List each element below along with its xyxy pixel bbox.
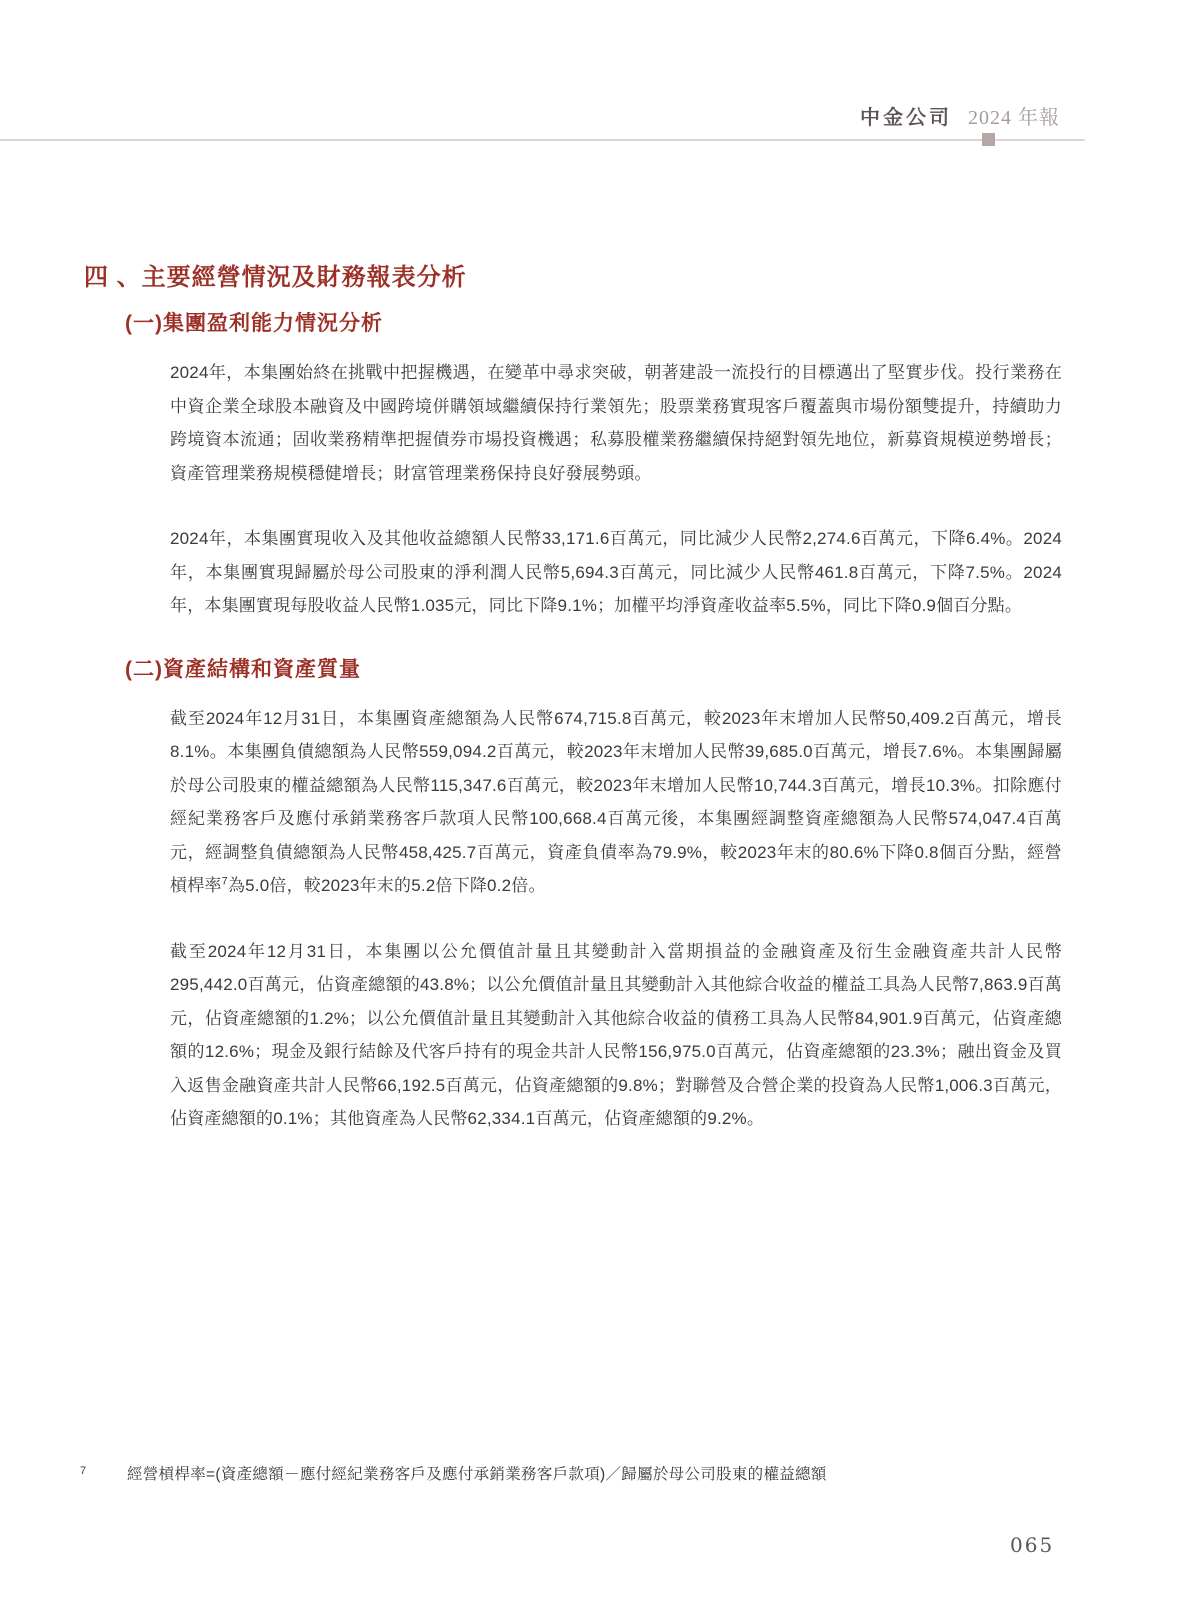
company-name: 中金公司 [860,107,952,129]
footnote: 7 經營槓桿率=(資產總額－應付經紀業務客戶及應付承銷業務客戶款項)／歸屬於母公… [80,1463,1090,1487]
section-2-paragraph-2: 截至2024年12月31日，本集團以公允價值計量且其變動計入當期損益的金融資產及… [170,935,1062,1136]
footnote-text: 經營槓桿率=(資產總額－應付經紀業務客戶及應付承銷業務客戶款項)／歸屬於母公司股… [127,1463,827,1487]
paragraph-text: 為5.0倍，較2023年末的5.2倍下降0.2倍。 [228,876,546,895]
section-2-heading: (二)資產結構和資產質量 [125,655,1066,685]
section-1-heading: (一)集團盈利能力情況分析 [125,309,1066,339]
section-1-paragraph-1: 2024年，本集團始終在挑戰中把握機遇，在變革中尋求突破，朝著建設一流投行的目標… [170,356,1062,490]
main-heading: 四 、主要經營情況及財務報表分析 [84,262,1066,294]
section-profitability: (一)集團盈利能力情況分析 2024年，本集團始終在挑戰中把握機遇，在變革中尋求… [84,309,1066,623]
page-content: 四 、主要經營情況及財務報表分析 (一)集團盈利能力情況分析 2024年，本集團… [84,262,1066,1168]
page-number: 065 [1010,1533,1054,1557]
running-header: 中金公司2024 年報 [860,101,1060,130]
header-rule-square [982,133,995,146]
section-asset-structure: (二)資產結構和資產質量 截至2024年12月31日，本集團資產總額為人民幣67… [84,655,1066,1136]
section-1-paragraph-2: 2024年，本集團實現收入及其他收益總額人民幣33,171.6百萬元，同比減少人… [170,522,1062,623]
section-2-paragraph-1: 截至2024年12月31日，本集團資產總額為人民幣674,715.8百萬元，較2… [170,702,1062,903]
paragraph-text: 截至2024年12月31日，本集團資產總額為人民幣674,715.8百萬元，較2… [170,709,1062,896]
footnote-marker: 7 [80,1463,127,1477]
document-page: 中金公司2024 年報 四 、主要經營情況及財務報表分析 (一)集團盈利能力情況… [0,0,1190,1615]
header-rule [0,139,1085,141]
report-year: 2024 年報 [968,107,1060,129]
